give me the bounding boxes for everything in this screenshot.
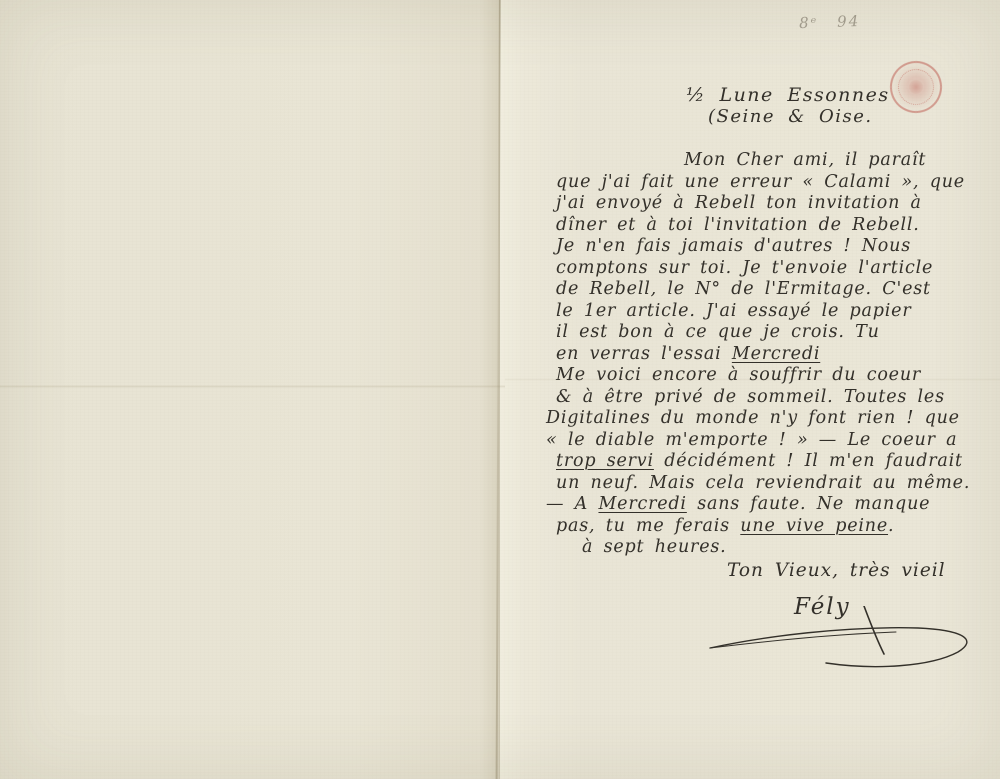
blank-left-page [0,0,500,779]
letter-heading-department: (Seine & Oise. [708,106,1000,128]
letter-scan: 8ᵉ 94 ½ Lune Essonnes (Seine & Oise. Mon… [0,0,1000,779]
line-text: que j'ai fait une erreur « Calami », que [556,172,965,192]
letter-line: & à être privé de sommeil. Toutes les [556,387,1000,409]
letter-line: à sept heures. [582,537,1000,559]
letter-line: comptons sur toi. Je t'envoie l'article [556,258,1000,280]
line-text: . [888,516,894,536]
letter-line: en verras l'essai Mercredi [556,344,1000,366]
line-text: Digitalines du monde n'y font rien ! que [546,408,960,428]
underlined-text: trop servi [556,451,654,471]
letter-line: Digitalines du monde n'y font rien ! que [546,408,1000,430]
letter-line: j'ai envoyé à Rebell ton invitation à [556,193,1000,215]
letter-line: Je n'en fais jamais d'autres ! Nous [556,236,1000,258]
line-text: « le diable m'emporte ! » — Le coeur a [546,430,957,450]
line-text: sans faute. Ne manque [687,494,930,514]
underlined-text: Mercredi [598,494,686,514]
line-text: de Rebell, le N° de l'Ermitage. C'est [556,279,931,299]
line-text: le 1er article. J'ai essayé le papier [556,301,912,321]
letter-line: Mon Cher ami, il paraît [684,150,1000,172]
line-text: décidément ! Il m'en faudrait [654,451,963,471]
pencil-shelfmark: 8ᵉ 94 [799,12,861,32]
line-text: j'ai envoyé à Rebell ton invitation à [556,193,922,213]
line-text: Mon Cher ami, il paraît [684,150,926,170]
line-text: en verras l'essai [556,344,732,364]
line-text: un neuf. Mais cela reviendrait au même. [556,473,970,493]
letter-line: « le diable m'emporte ! » — Le coeur a [546,430,1000,452]
letter-line: — A Mercredi sans faute. Ne manque [546,494,1000,516]
line-text: & à être privé de sommeil. Toutes les [556,387,945,407]
letter-line: de Rebell, le N° de l'Ermitage. C'est [556,279,1000,301]
letter-line: trop servi décidément ! Il m'en faudrait [556,451,1000,473]
line-text: Me voici encore à souffrir du coeur [556,365,921,385]
underlined-text: Mercredi [732,344,820,364]
letter-line: dîner et à toi l'invitation de Rebell. [556,215,1000,237]
line-text: Je n'en fais jamais d'autres ! Nous [556,236,911,256]
signature-flourish [706,606,1000,681]
letter-body: Mon Cher ami, il paraît que j'ai fait un… [556,150,1000,559]
letter-line: Me voici encore à souffrir du coeur [556,365,1000,387]
underlined-text: une vive peine [740,516,888,536]
line-text: — A [546,494,598,514]
horizontal-fold-crease-left [0,385,505,388]
letter-line: il est bon à ce que je crois. Tu [556,322,1000,344]
line-text: il est bon à ce que je crois. Tu [556,322,880,342]
letter-heading-address: ½ Lune Essonnes [686,84,1000,106]
letter-line: pas, tu me ferais une vive peine. [556,516,1000,538]
letter-line: le 1er article. J'ai essayé le papier [556,301,1000,323]
line-text: comptons sur toi. Je t'envoie l'article [556,258,933,278]
letter-line: que j'ai fait une erreur « Calami », que [556,172,1000,194]
letter-line: un neuf. Mais cela reviendrait au même. [556,473,1000,495]
line-text: à sept heures. [582,537,727,557]
line-text: dîner et à toi l'invitation de Rebell. [556,215,920,235]
line-text: pas, tu me ferais [556,516,740,536]
letter-text: ½ Lune Essonnes (Seine & Oise. Mon Cher … [556,84,1000,620]
letter-closing: Ton Vieux, très vieil [727,559,1000,583]
